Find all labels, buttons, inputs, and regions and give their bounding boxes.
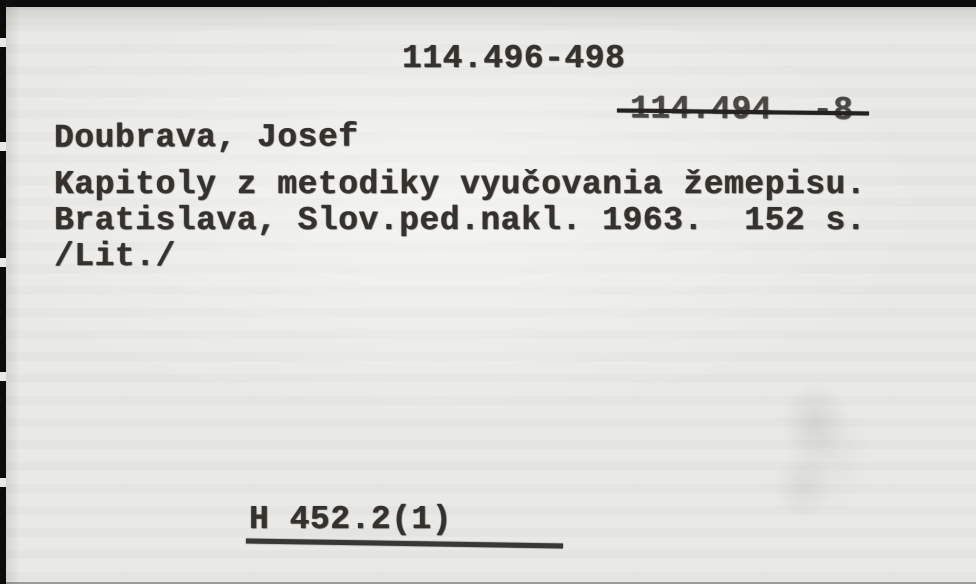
scan-edge-top-shade [0,7,976,29]
title-line: Kapitoly z metodiky vyučovania žemepisu. [54,168,866,201]
scan-edge-left-shade [6,0,20,584]
scan-edge-notch [0,478,6,487]
catalog-card: 114.496-498 114.494 -8 Doubrava, Josef K… [0,0,976,584]
author-line: Doubrava, Josef [54,120,359,154]
scan-edge-notch [0,38,6,47]
imprint-line: Bratislava, Slov.ped.nakl. 1963. 152 s. [54,204,866,237]
header-number: 114.496-498 [402,42,625,75]
scan-edge-top [0,0,976,7]
call-number-underline [246,539,563,549]
scan-edge-notch [0,372,6,381]
call-number: H 452.2(1) [249,503,452,536]
note-line: /Lit./ [54,240,176,273]
scan-edge-notch [0,142,6,151]
scan-edge-notch [0,258,6,267]
faint-stamp-smudge [763,382,898,527]
